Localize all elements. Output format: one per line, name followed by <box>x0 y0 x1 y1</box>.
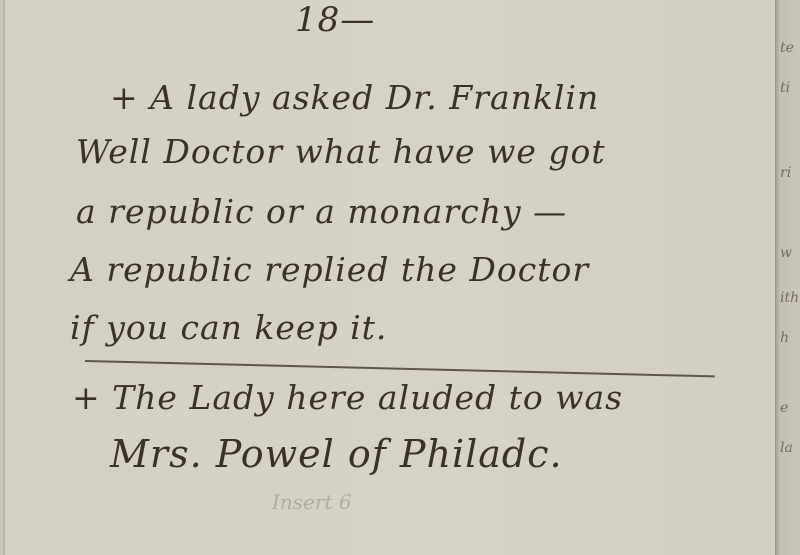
divider-rule <box>85 360 715 377</box>
page-number: 18— <box>295 0 375 40</box>
page-edge <box>3 0 5 555</box>
adjacent-fragment: ith <box>780 290 799 306</box>
manuscript-page: 18— + A lady asked Dr. Franklin Well Doc… <box>0 0 775 555</box>
manuscript-line-1: + A lady asked Dr. Franklin <box>110 78 599 117</box>
adjacent-fragment: ti <box>780 80 790 96</box>
adjacent-fragment: la <box>780 440 793 456</box>
adjacent-page-edge: te ti ri w ith h e la <box>775 0 800 555</box>
manuscript-line-5: if you can keep it. <box>70 308 387 347</box>
manuscript-line-3: a republic or a monarchy — <box>76 192 567 231</box>
footnote-line-2: Mrs. Powel of Philadc. <box>110 432 563 476</box>
adjacent-fragment: w <box>780 245 792 261</box>
manuscript-line-4: A republic replied the Doctor <box>70 250 589 289</box>
pencil-annotation: Insert 6 <box>272 490 352 514</box>
adjacent-fragment: ri <box>780 165 791 181</box>
footnote-line-1: + The Lady here aluded to was <box>72 378 623 417</box>
adjacent-fragment: te <box>780 40 794 56</box>
adjacent-fragment: e <box>780 400 788 416</box>
adjacent-fragment: h <box>780 330 789 346</box>
manuscript-line-2: Well Doctor what have we got <box>76 132 606 171</box>
